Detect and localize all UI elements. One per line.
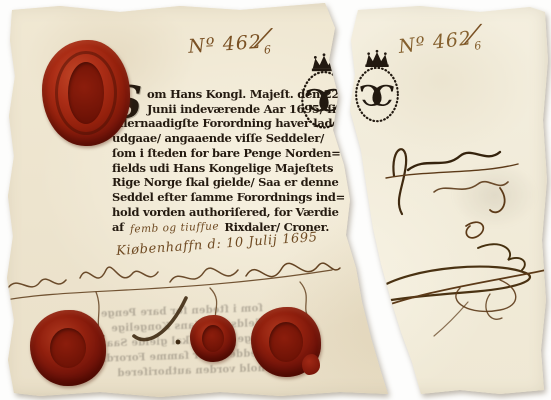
serial-slash: ⁄: [470, 20, 476, 51]
right-fragment: Nº 462⁄6 C C 5: [0, 0, 551, 400]
document-photo: ſom i ſteden for bare Penge fields udi H…: [0, 0, 551, 400]
royal-monogram-right-icon: C C 5: [352, 48, 402, 126]
serial-digits: 462: [432, 27, 474, 54]
serial-number-right: Nº 462⁄6: [396, 19, 483, 62]
signature-flourishes-right: [350, 130, 551, 400]
right-fragment-shadow: Nº 462⁄6 C C 5: [0, 0, 551, 400]
monogram-five: 5: [373, 88, 382, 103]
